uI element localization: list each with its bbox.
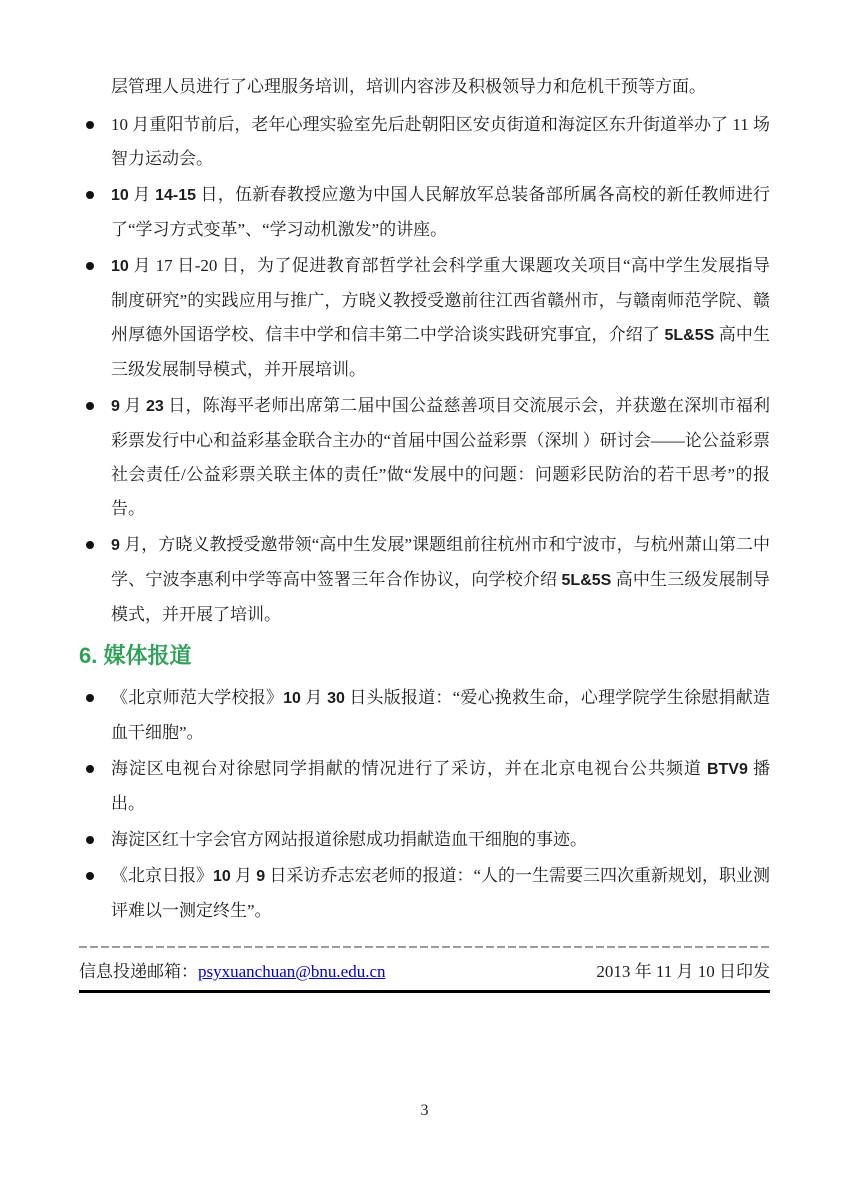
list-item: 9 月，方晓义教授受邀带领“高中生发展”课题组前往杭州市和宁波市，与杭州萧山第二… — [79, 528, 770, 632]
bullet-icon — [86, 402, 94, 410]
footer-contact: 信息投递邮箱：psyxuanchuan@bnu.edu.cn — [79, 959, 386, 985]
list-item: 《北京师范大学校报》10 月 30 日头版报道：“爱心挽救生命，心理学院学生徐慰… — [79, 681, 770, 750]
bullet-icon — [86, 541, 94, 549]
text-segment: 《北京日报》 — [111, 866, 213, 885]
bullet-icon — [86, 262, 94, 270]
page-number: 3 — [0, 1102, 849, 1120]
section6-heading: 6. 媒体报道 — [79, 641, 770, 671]
bullet-text: 《北京师范大学校报》10 月 30 日头版报道：“爱心挽救生命，心理学院学生徐慰… — [111, 688, 770, 742]
bullet-text: 10 月重阳节前后，老年心理实验室先后赴朝阳区安贞街道和海淀区东升街道举办了 1… — [111, 115, 770, 168]
text-segment: 日，陈海平老师出席第二届中国公益慈善项目交流展示会，并获邀在深圳市福利彩票发行中… — [111, 396, 770, 518]
footer-email-link[interactable]: psyxuanchuan@bnu.edu.cn — [198, 962, 386, 981]
bullet-icon — [86, 872, 94, 880]
bullet-icon — [86, 191, 94, 199]
bullet-text: 9 月 23 日，陈海平老师出席第二届中国公益慈善项目交流展示会，并获邀在深圳市… — [111, 396, 770, 518]
text-segment: 层管理人员进行了心理服务培训，培训内容涉及积极领导力和危机干预等方面。 — [111, 77, 706, 96]
bullet-text: 10 月 17 日-20 日，为了促进教育部哲学社会科学重大课题攻关项目“高中学… — [111, 256, 770, 379]
document-page: 层管理人员进行了心理服务培训，培训内容涉及积极领导力和危机干预等方面。 10 月… — [0, 0, 849, 1200]
bullet-text: 9 月，方晓义教授受邀带领“高中生发展”课题组前往杭州市和宁波市，与杭州萧山第二… — [111, 535, 770, 624]
bold-text-segment: 10 — [283, 690, 301, 707]
text-segment: 月 — [120, 396, 146, 415]
bold-text-segment: 10 — [111, 258, 129, 275]
list-item: 10 月 14-15 日，伍新春教授应邀为中国人民解放军总装备部所属各高校的新任… — [79, 178, 770, 247]
bold-text-segment: 23 — [146, 398, 164, 415]
text-segment: 海淀区电视台对徐慰同学捐献的情况进行了采访，并在北京电视台公共频道 — [111, 759, 707, 778]
continuation-paragraph: 层管理人员进行了心理服务培训，培训内容涉及积极领导力和危机干预等方面。 — [111, 70, 770, 104]
bullet-icon — [86, 765, 94, 773]
text-segment: 海淀区红十字会官方网站报道徐慰成功捐献造血干细胞的事迹。 — [111, 830, 587, 849]
bold-text-segment: 5L&5S — [562, 572, 612, 589]
list-item: 海淀区电视台对徐慰同学捐献的情况进行了采访，并在北京电视台公共频道 BTV9 播… — [79, 752, 770, 821]
bullet-text: 海淀区红十字会官方网站报道徐慰成功捐献造血干细胞的事迹。 — [111, 830, 587, 849]
footer-email-label: 信息投递邮箱： — [79, 962, 198, 981]
text-segment: 月 — [231, 866, 257, 885]
text-segment: 月 — [129, 185, 155, 204]
bullet-icon — [86, 836, 94, 844]
footer: 信息投递邮箱：psyxuanchuan@bnu.edu.cn 2013 年 11… — [79, 959, 770, 985]
section6-bullet-list: 《北京师范大学校报》10 月 30 日头版报道：“爱心挽救生命，心理学院学生徐慰… — [79, 681, 770, 928]
bullet-text: 《北京日报》10 月 9 日采访乔志宏老师的报道：“人的一生需要三四次重新规划，… — [111, 866, 770, 920]
text-segment: 日，伍新春教授应邀为中国人民解放军总装备部所属各高校的新任教师进行了“学习方式变… — [111, 185, 770, 239]
text-segment: 10 月重阳节前后，老年心理实验室先后赴朝阳区安贞街道和海淀区东升街道举办了 1… — [111, 115, 770, 168]
section5-bullet-list: 10 月重阳节前后，老年心理实验室先后赴朝阳区安贞街道和海淀区东升街道举办了 1… — [79, 108, 770, 632]
bold-text-segment: 10 — [111, 187, 129, 204]
bold-text-segment: 30 — [327, 690, 345, 707]
footer-date: 2013 年 11 月 10 日印发 — [596, 959, 770, 985]
bold-text-segment: 5L&5S — [664, 327, 714, 344]
text-segment: 《北京师范大学校报》 — [111, 688, 283, 707]
bullet-text: 10 月 14-15 日，伍新春教授应邀为中国人民解放军总装备部所属各高校的新任… — [111, 185, 770, 239]
list-item: 10 月重阳节前后，老年心理实验室先后赴朝阳区安贞街道和海淀区东升街道举办了 1… — [79, 108, 770, 176]
footer-rule — [79, 990, 770, 993]
bullet-icon — [86, 121, 94, 129]
bold-text-segment: 14-15 — [155, 187, 196, 204]
list-item: 10 月 17 日-20 日，为了促进教育部哲学社会科学重大课题攻关项目“高中学… — [79, 249, 770, 387]
bullet-text: 海淀区电视台对徐慰同学捐献的情况进行了采访，并在北京电视台公共频道 BTV9 播… — [111, 759, 770, 813]
text-segment: 月 — [301, 688, 327, 707]
bold-text-segment: BTV9 — [707, 761, 748, 778]
list-item: 《北京日报》10 月 9 日采访乔志宏老师的报道：“人的一生需要三四次重新规划，… — [79, 859, 770, 928]
bold-text-segment: 10 — [213, 868, 231, 885]
bold-text-segment: 9 — [111, 537, 120, 554]
list-item: 海淀区红十字会官方网站报道徐慰成功捐献造血干细胞的事迹。 — [79, 823, 770, 857]
bold-text-segment: 9 — [256, 868, 265, 885]
list-item: 9 月 23 日，陈海平老师出席第二届中国公益慈善项目交流展示会，并获邀在深圳市… — [79, 389, 770, 526]
bullet-icon — [86, 694, 94, 702]
dashed-separator — [79, 946, 770, 948]
bold-text-segment: 9 — [111, 398, 120, 415]
